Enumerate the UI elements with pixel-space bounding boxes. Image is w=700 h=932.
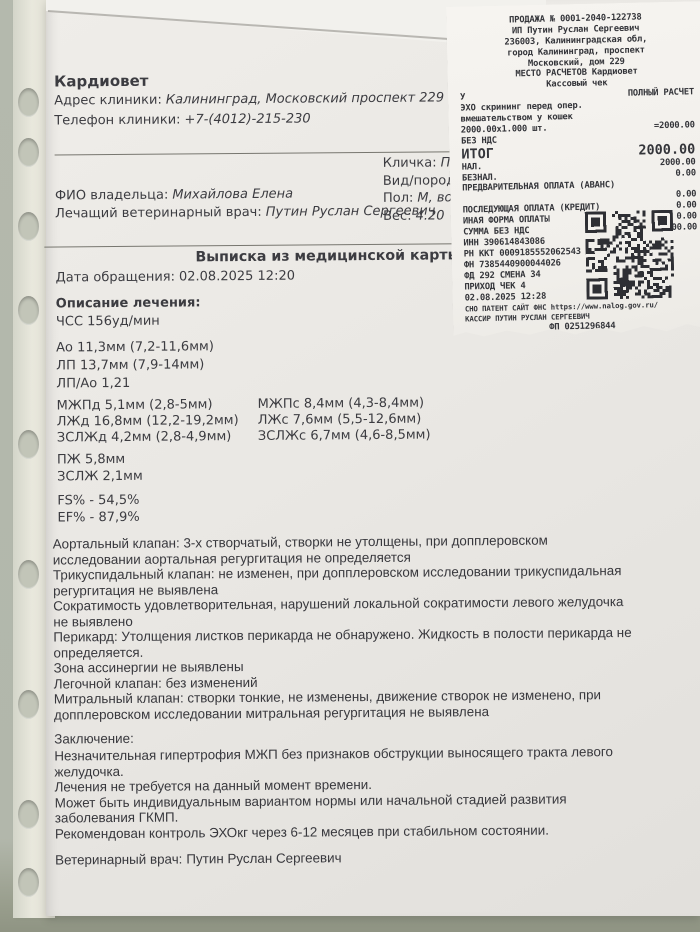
pet-nickname-label: Кличка: — [383, 155, 437, 170]
binder-hole — [18, 296, 39, 325]
binder-hole — [18, 88, 39, 117]
receipt-line-right: 0.00 — [676, 190, 697, 201]
binder-hole — [18, 430, 39, 459]
receipt-line-left: ИТОГ — [461, 147, 494, 163]
binder-hole — [18, 868, 39, 897]
fraction-values: FS% - 54,5%EF% - 87,9% — [57, 493, 140, 527]
measurement-line: Ао 11,3мм (7,2-11,6мм) — [56, 339, 214, 358]
receipt-line-right: 0.00 — [676, 200, 697, 211]
signature-value: Путин Руслан Сергеевич — [186, 850, 341, 866]
measurement-line: ЛП 13,7мм (7,9-14мм) — [56, 357, 214, 376]
binder-hole — [18, 690, 39, 719]
finding-paragraph: Сократимость удовлетворительная, нарушен… — [53, 594, 638, 630]
signature-label: Ветеринарный врач: — [55, 852, 182, 868]
measurements-block-2: ПЖ 5,8ммЗСЛЖ 2,1мм — [57, 452, 143, 487]
clinic-name: Кардиовет — [54, 69, 444, 93]
measurement-line: ЗСЛЖ 2,1мм — [57, 469, 143, 487]
vet-label: Лечащий ветеринарный врач: — [55, 205, 262, 222]
clinic-phone-label: Телефон клиники: — [54, 113, 180, 129]
visit-date-value: 02.08.2025 12:20 — [179, 269, 295, 285]
finding-paragraph: Аортальный клапан: 3-х створчатый, створ… — [53, 532, 638, 568]
receipt-line-right: 0.00 — [676, 211, 697, 222]
receipt-fiscal-section: ИНН 390614843086РН ККТ 0009185552062543Ф… — [463, 233, 698, 304]
measurement-line: ЛП/Ао 1,21 — [56, 375, 214, 394]
receipt-bottom-section: СНО ПАТЕНТ САЙТ ФНС https://www.nalog.go… — [465, 299, 700, 335]
visit-date-label: Дата обращения: — [56, 270, 175, 286]
receipt-line-right: 0.00 — [675, 168, 696, 179]
binder-hole — [18, 560, 39, 589]
receipt-line-left: 02.08.2025 12:28 — [465, 292, 547, 305]
vet-line: Лечащий ветеринарный врач:Путин Руслан С… — [55, 204, 435, 225]
heart-rate: ЧСС 156уд/мин — [56, 314, 160, 330]
photo-background: Кардиовет Адрес клиники:Калининград, Мос… — [0, 0, 700, 932]
owner-label: ФИО владельца: — [55, 188, 168, 204]
measurements-block-1: Ао 11,3мм (7,2-11,6мм)ЛП 13,7мм (7,9-14м… — [56, 339, 214, 394]
measurement-diastolic: ЛЖд 16,8мм (12,2-19,2мм) — [57, 413, 258, 430]
fraction-line: FS% - 54,5% — [57, 493, 139, 510]
binder-hole — [18, 138, 39, 167]
receipt-line-left: ФД 292 СМЕНА 34 — [464, 270, 541, 283]
clinic-address-label: Адрес клиники: — [54, 93, 162, 109]
measurements-columns: МЖПд 5,1мм (2,8-5мм)МЖПс 8,4мм (4,3-8,4м… — [57, 396, 431, 446]
measurement-pair: ЗСЛЖд 4,2мм (2,8-4,9мм)ЗСЛЖс 6,7мм (4,6-… — [57, 427, 431, 446]
finding-paragraph: Трикуспидальный клапан: не изменен, при … — [53, 563, 638, 599]
qr-code-icon — [585, 210, 675, 300]
finding-paragraph: Митральный клапан: створки тонкие, не из… — [54, 687, 639, 723]
treatment-heading: Описание лечения: — [56, 295, 201, 311]
receipt-top-section: ПРОДАЖА № 0001-2040-122738ИП Путин Русла… — [458, 11, 697, 238]
binder-hole — [18, 800, 39, 829]
conclusion-paragraph: Незначительная гипертрофия МЖП без призн… — [54, 744, 639, 780]
findings: Аортальный клапан: 3-х створчатый, створ… — [53, 532, 639, 723]
conclusion-paragraph: Может быть индивидуальным вариантом норм… — [55, 790, 640, 826]
clinic-address-value: Калининград, Московский проспект 229 — [166, 90, 444, 107]
vet-value: Путин Руслан Сергеевич — [266, 204, 436, 220]
receipt-line-right: 2000.00 — [660, 157, 696, 169]
finding-paragraph: Перикард: Утолщения листков перикарда не… — [53, 625, 638, 661]
conclusion: Незначительная гипертрофия МЖП без призн… — [54, 744, 640, 842]
owner-block: ФИО владельца:Михайлова Елена Лечащий ве… — [55, 186, 436, 225]
measurement-diastolic: МЖПд 5,1мм (2,8-5мм) — [57, 397, 258, 414]
receipt: ПРОДАЖА № 0001-2040-122738ИП Путин Русла… — [446, 1, 700, 341]
visit-date-line: Дата обращения:02.08.2025 12:20 — [56, 269, 296, 286]
receipt-line-left: НАЛ. — [462, 162, 483, 173]
clinic-phone-value: +7-(4012)-215-230 — [184, 111, 310, 127]
signature-line: Ветеринарный врач:Путин Руслан Сергеевич — [55, 848, 640, 868]
clinic-header: Кардиовет Адрес клиники:Калининград, Мос… — [54, 69, 444, 131]
owner-value: Михайлова Елена — [172, 187, 293, 203]
binder-hole — [18, 212, 39, 241]
measurement-systolic: МЖПс 8,4мм (4,3-8,4мм) — [258, 396, 425, 412]
clinic-phone-line: Телефон клиники:+7-(4012)-215-230 — [54, 110, 444, 131]
receipt-line-left: БЕЗНАЛ. — [462, 172, 498, 184]
measurement-line: ПЖ 5,8мм — [57, 452, 143, 470]
measurement-diastolic: ЗСЛЖд 4,2мм (2,8-4,9мм) — [57, 428, 258, 445]
measurement-systolic: ЛЖс 7,6мм (5,5-12,6мм) — [258, 411, 422, 427]
receipt-line-right: 2000.00 — [638, 142, 695, 158]
measurement-systolic: ЗСЛЖс 6,7мм (4,6-8,5мм) — [258, 427, 431, 443]
clinic-address-line: Адрес клиники:Калининград, Московский пр… — [54, 90, 444, 111]
fraction-line: EF% - 87,9% — [57, 509, 139, 526]
